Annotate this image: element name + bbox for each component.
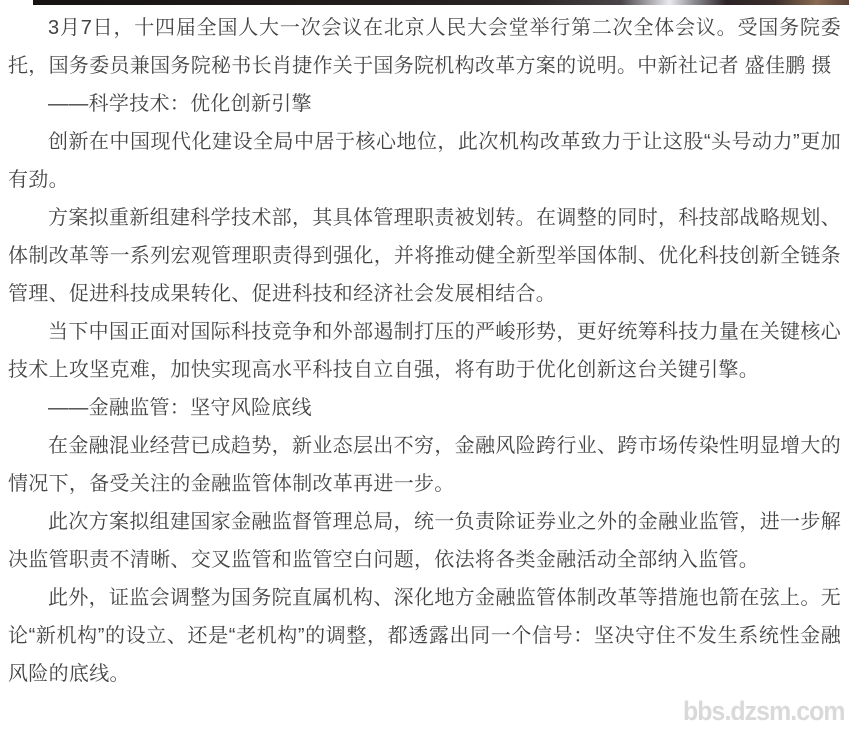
article-paragraph: 当下中国正面对国际科技竞争和外部遏制打压的严峻形势，更好统筹科技力量在关键核心技… [8,313,841,389]
section-heading-finance: ——金融监管：坚守风险底线 [8,389,841,427]
article-paragraph: 此外，证监会调整为国务院直属机构、深化地方金融监管体制改革等措施也箭在弦上。无论… [8,579,841,693]
article-paragraph: 在金融混业经营已成趋势，新业态层出不穷，金融风险跨行业、跨市场传染性明显增大的情… [8,427,841,503]
article-paragraph-caption: 3月7日，十四届全国人大一次会议在北京人民大会堂举行第二次全体会议。受国务院委托… [8,9,841,85]
section-heading-science: ——科学技术：优化创新引擎 [8,85,841,123]
article-paragraph: 此次方案拟组建国家金融监督管理总局，统一负责除证券业之外的金融业监管，进一步解决… [8,503,841,579]
photo-bottom-edge [33,0,849,5]
article-paragraph: 创新在中国现代化建设全局中居于核心地位，此次机构改革致力于让这股“头号动力”更加… [8,123,841,199]
article-paragraph: 方案拟重新组建科学技术部，其具体管理职责被划转。在调整的同时，科技部战略规划、体… [8,199,841,313]
site-watermark: bbs.dzsm.com [683,696,845,727]
article-body: 3月7日，十四届全国人大一次会议在北京人民大会堂举行第二次全体会议。受国务院委托… [0,9,849,693]
